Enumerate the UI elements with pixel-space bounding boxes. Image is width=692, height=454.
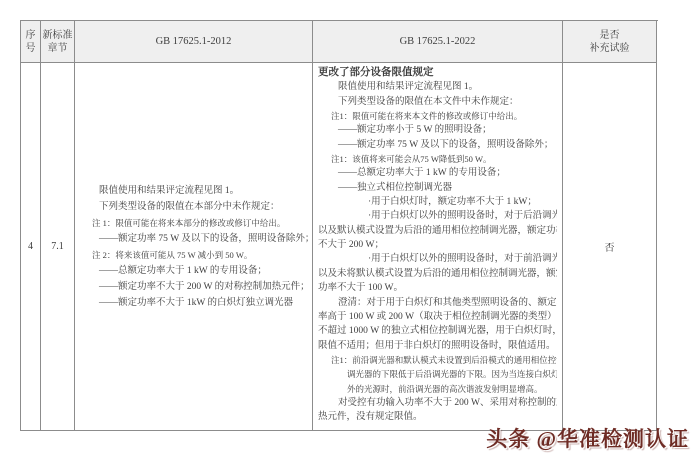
text-line: 功率不大于 100 W。 [318, 281, 557, 295]
text-line: 注1：该值将来可能会从75 W降低到50 W。 [318, 152, 557, 166]
text-line: 不超过 1000 W 的独立式相位控制调光器，用于白炽灯时， [318, 324, 557, 338]
text-line: 澄清：对于用于白炽灯和其他类型照明设备的、额定功 [318, 296, 557, 310]
cell-seq: 4 [21, 63, 41, 431]
text-line: 注1：前沿调光器和默认模式未设置到后沿模式的通用相位控制 [318, 353, 557, 367]
text-line: ——额定功率 75 W 及以下的设备，照明设备除外； [318, 138, 557, 152]
cell-clause: 7.1 [41, 63, 75, 431]
header-gb2022: GB 17625.1-2022 [313, 21, 563, 63]
text-line: ·用于白炽灯时，额定功率不大于 1 kW； [318, 195, 557, 209]
text-line: 注 1：限值可能在将来本部分的修改或修订中给出。 [79, 215, 308, 231]
header-seq: 序号 [21, 21, 41, 63]
header-supplement-label: 是否 补充试验 [590, 29, 630, 55]
text-line: 注1：限值可能在将来本文件的修改或修订中给出。 [318, 109, 557, 123]
text-line: 外的光源时，前沿调光器的高次谐波发射明显增高。 [318, 382, 557, 396]
supplement-value: 否 [605, 239, 615, 254]
text-line: 注 2：将来该值可能从 75 W 减小到 50 W。 [79, 247, 308, 263]
header-supplement-line2: 补充试验 [590, 42, 630, 55]
text-line: 以及默认模式设置为后沿的通用相位控制调光器，额定功率 [318, 224, 557, 238]
cell-gb2022: 更改了部分设备限值规定 限值使用和结果评定流程见图 1。 下列类型设备的限值在本… [313, 63, 563, 431]
text-line: ——额定功率不大于 200 W 的对称控制加热元件； [79, 279, 308, 295]
text-line: 对受控有功输入功率不大于 200 W、采用对称控制的加 [318, 396, 557, 410]
text-line: ——总额定功率大于 1 kW 的专用设备； [318, 166, 557, 180]
text-line: ——独立式相位控制调光器 [318, 181, 557, 195]
text-line: 不大于 200 W； [318, 238, 557, 252]
cell-gb2012: 限值使用和结果评定流程见图 1。 下列类型设备的限值在本部分中未作规定： 注 1… [75, 63, 313, 431]
standard-comparison-table: 序号 新标准章节 GB 17625.1-2012 GB 17625.1-2022… [20, 20, 658, 431]
header-gb2022-label: GB 17625.1-2022 [400, 35, 476, 48]
header-gb2012-label: GB 17625.1-2012 [156, 35, 232, 48]
text-line: ——额定功率小于 5 W 的照明设备； [318, 123, 557, 137]
header-clause-label: 新标准章节 [41, 29, 74, 55]
text-line: 率高于 100 W 或 200 W（取决于相位控制调光器的类型）且 [318, 310, 557, 324]
text-line: ——额定功率不大于 1kW 的白炽灯独立调光器 [79, 295, 308, 311]
header-seq-label: 序号 [21, 29, 40, 55]
section-title: 更改了部分设备限值规定 [318, 66, 557, 80]
text-line: 调光器的下限低于后沿调光器的下限。因为当连接白炽灯以 [318, 367, 557, 381]
header-supplement: 是否 补充试验 [563, 21, 657, 63]
text-line: 限值使用和结果评定流程见图 1。 [318, 80, 557, 94]
text-line: 下列类型设备的限值在本文件中未作规定： [318, 95, 557, 109]
seq-value: 4 [28, 241, 33, 252]
text-line: ·用于白炽灯以外的照明设备时，对于后沿调光器 [318, 209, 557, 223]
header-clause: 新标准章节 [41, 21, 75, 63]
text-line: 限值不适用；但用于非白炽灯的照明设备时，限值适用。 [318, 339, 557, 353]
text-line: ——额定功率 75 W 及以下的设备，照明设备除外； [79, 231, 308, 247]
text-line: 限值使用和结果评定流程见图 1。 [79, 183, 308, 199]
text-line: 下列类型设备的限值在本部分中未作规定： [79, 199, 308, 215]
cell-supplement: 否 [563, 63, 657, 431]
header-gb2012: GB 17625.1-2012 [75, 21, 313, 63]
text-line: ·用于白炽灯以外的照明设备时，对于前沿调光器 [318, 252, 557, 266]
text-line: 以及未将默认模式设置为后沿的通用相位控制调光器，额定 [318, 267, 557, 281]
clause-value: 7.1 [51, 241, 64, 252]
header-supplement-line1: 是否 [590, 29, 630, 42]
watermark: 头条 @华准检测认证 [486, 423, 689, 453]
text-line: ——总额定功率大于 1 kW 的专用设备； [79, 263, 308, 279]
